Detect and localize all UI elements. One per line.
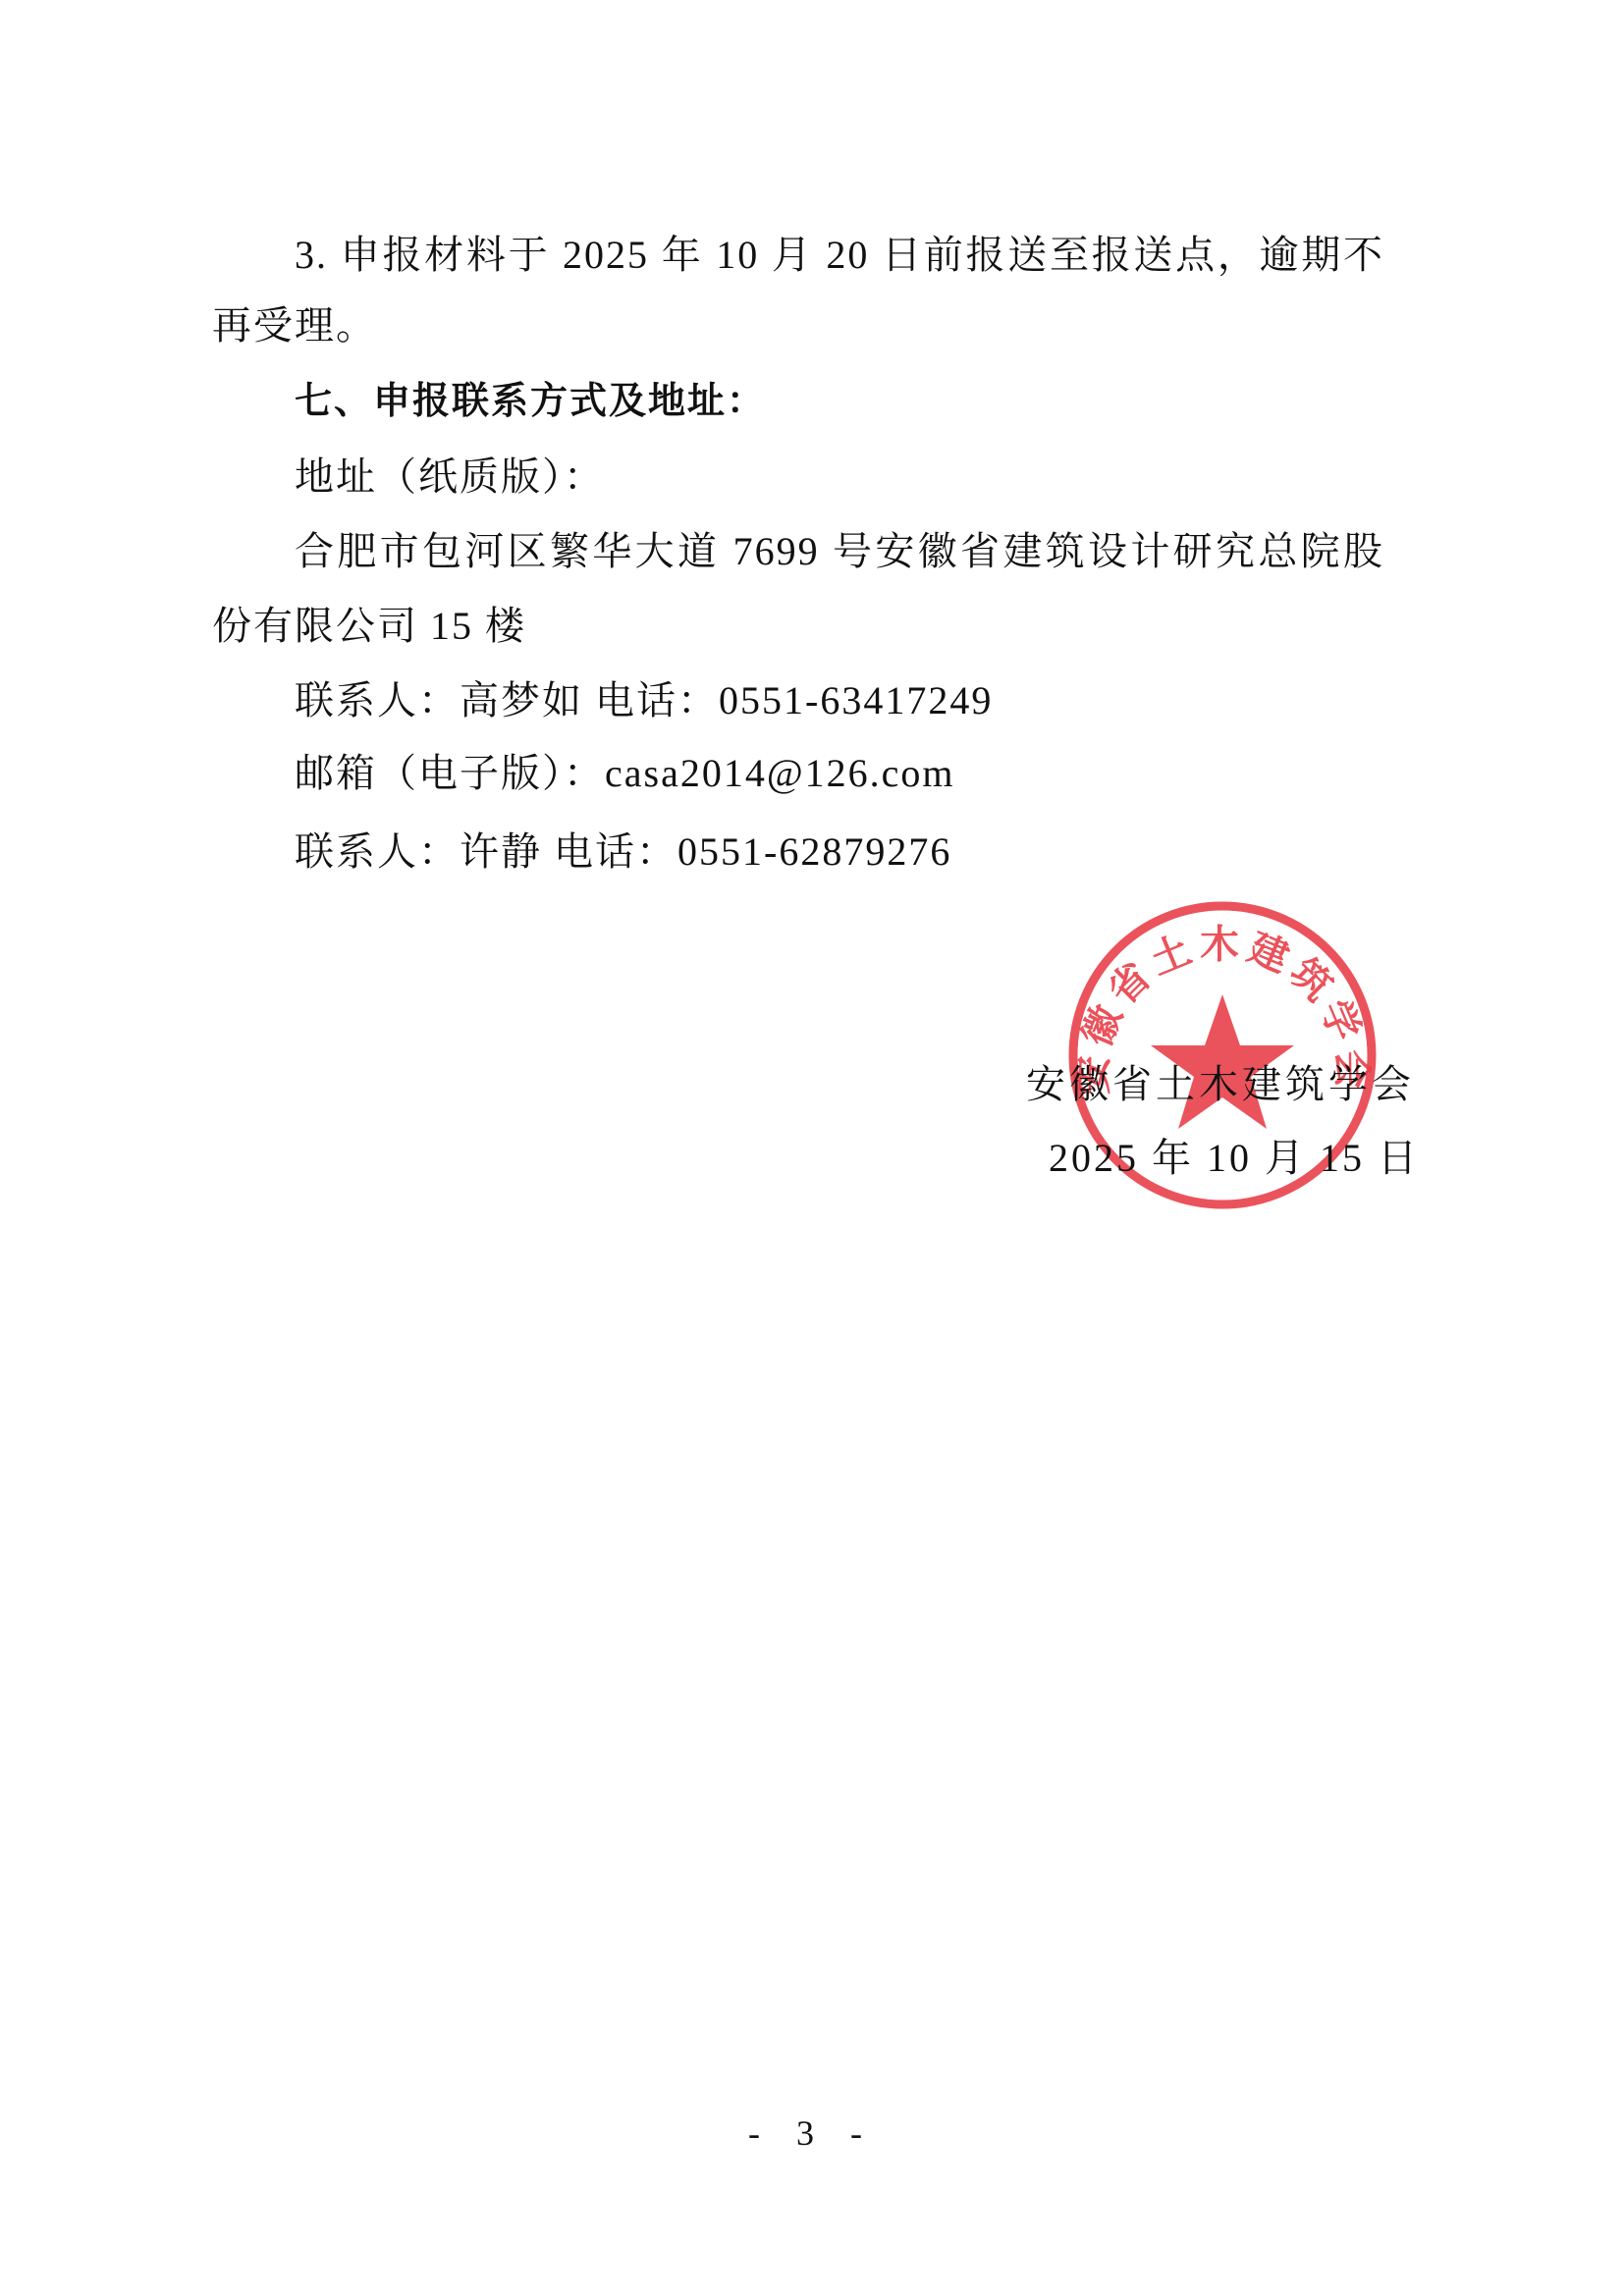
contact-2: 联系人：许静 电话：0551-62879276 (295, 828, 951, 876)
item3-line1: 3. 申报材料于 2025 年 10 月 20 日前报送至报送点，逾期不 (295, 232, 1384, 279)
signature-date: 2025 年 10 月 15 日 (1049, 1135, 1420, 1182)
contact-1: 联系人：高梦如 电话：0551-63417249 (295, 677, 993, 724)
signature-organization: 安徽省土木建筑学会 (1026, 1061, 1415, 1108)
item3-line2: 再受理。 (212, 302, 377, 349)
section-heading: 七、申报联系方式及地址： (295, 377, 766, 424)
address-line1: 合肥市包河区繁华大道 7699 号安徽省建筑设计研究总院股 (295, 528, 1384, 575)
page-number: - 3 - (0, 2112, 1624, 2154)
document-page: 3. 申报材料于 2025 年 10 月 20 日前报送至报送点，逾期不 再受理… (0, 0, 1624, 2296)
address-label: 地址（纸质版）： (295, 454, 605, 501)
email-line: 邮箱（电子版）：casa2014@126.com (295, 750, 955, 797)
address-line2: 份有限公司 15 楼 (212, 603, 526, 650)
